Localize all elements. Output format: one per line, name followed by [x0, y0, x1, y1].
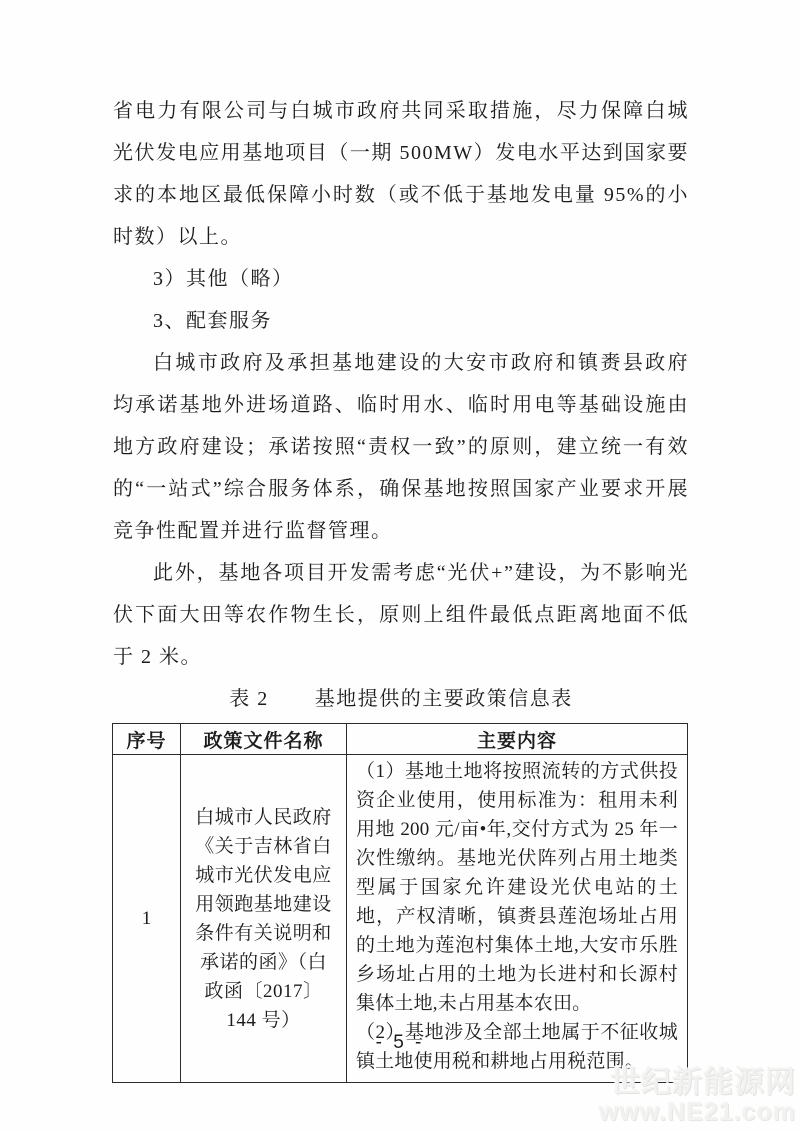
- header-policy-name: 政策文件名称: [181, 724, 347, 755]
- header-main-content: 主要内容: [347, 724, 688, 755]
- list-item-3-other: 3）其他（略）: [113, 258, 689, 300]
- table-caption-title: 基地提供的主要政策信息表: [315, 688, 573, 710]
- table-caption-label: 表 2: [229, 688, 269, 710]
- content-item-1: （1）基地土地将按照流转的方式供投资企业使用，使用标准为：租用未利用地 200 …: [356, 757, 678, 1018]
- paragraph-continuation: 省电力有限公司与白城市政府共同采取措施，尽力保障白城光伏发电应用基地项目（一期 …: [113, 90, 689, 258]
- page-number: - 5 -: [0, 1032, 800, 1054]
- table-header-row: 序号 政策文件名称 主要内容: [113, 724, 688, 755]
- table-caption: 表 2基地提供的主要政策信息表: [113, 682, 689, 711]
- document-page: 省电力有限公司与白城市政府共同采取措施，尽力保障白城光伏发电应用基地项目（一期 …: [0, 0, 800, 1131]
- watermark-site-name: 世纪新能源网: [599, 1067, 796, 1099]
- section-heading-support-services: 3、配套服务: [113, 300, 689, 342]
- watermark: 世纪新能源网 www.NE21.com: [599, 1067, 796, 1125]
- watermark-site-url: www.NE21.com: [599, 1099, 796, 1125]
- body-text: 省电力有限公司与白城市政府共同采取措施，尽力保障白城光伏发电应用基地项目（一期 …: [113, 90, 689, 678]
- paragraph-government-commitment: 白城市政府及承担基地建设的大安市政府和镇赉县政府均承诺基地外进场道路、临时用水、…: [113, 342, 689, 552]
- policy-info-table: 序号 政策文件名称 主要内容 1 白城市人民政府《关于吉林省白城市光伏发电应用领…: [112, 723, 688, 1083]
- header-index: 序号: [113, 724, 181, 755]
- paragraph-pv-plus: 此外，基地各项目开发需考虑“光伏+”建设，为不影响光伏下面大田等农作物生长，原则…: [113, 552, 689, 678]
